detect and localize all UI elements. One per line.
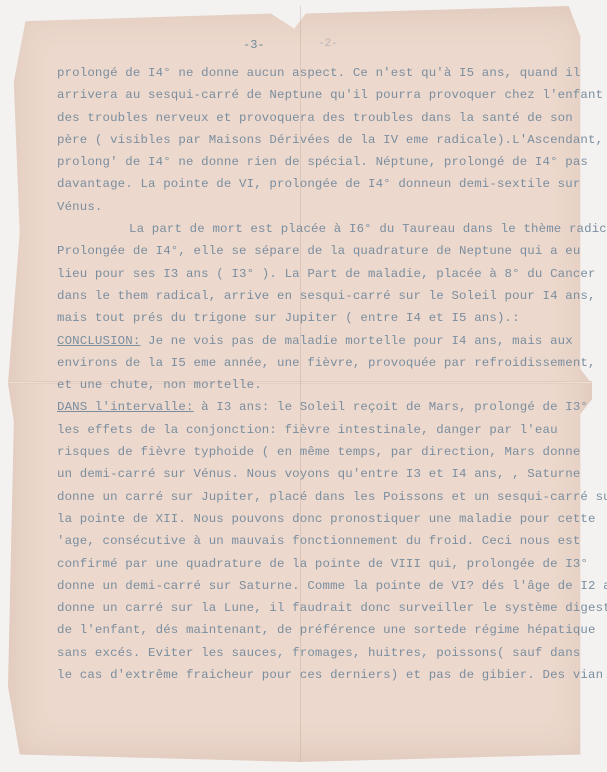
text-line: arrivera au sesqui-carré de Neptune qu'i… bbox=[57, 84, 597, 106]
page-number: -3- bbox=[243, 38, 265, 52]
text-line: donne un carré sur la Lune, il faudrait … bbox=[57, 597, 597, 619]
interval-label: DANS l'intervalle: bbox=[57, 400, 194, 414]
ghost-page-number: -2- bbox=[318, 38, 338, 50]
text-line: un demi-carré sur Vénus. Nous voyons qu'… bbox=[57, 463, 597, 485]
text-span: à I3 ans: le Soleil reçoit de Mars, prol… bbox=[194, 400, 588, 414]
text-line: Vénus. bbox=[57, 196, 597, 218]
text-line: prolong' de I4° ne donne rien de spécial… bbox=[57, 151, 597, 173]
text-line: et une chute, non mortelle. bbox=[57, 374, 597, 396]
text-line: risques de fièvre typhoide ( en même tem… bbox=[57, 441, 597, 463]
text-line: confirmé par une quadrature de la pointe… bbox=[57, 553, 597, 575]
text-line: Prolongée de I4°, elle se sépare de la q… bbox=[57, 240, 597, 262]
text-line: sans excés. Eviter les sauces, fromages,… bbox=[57, 642, 597, 664]
text-line: environs de la I5 eme année, une fièvre,… bbox=[57, 352, 597, 374]
text-line: La part de mort est placée à I6° du Taur… bbox=[57, 218, 597, 240]
interval-line: DANS l'intervalle: à I3 ans: le Soleil r… bbox=[57, 396, 597, 418]
text-line: prolongé de I4° ne donne aucun aspect. C… bbox=[57, 62, 597, 84]
text-line: donne un carré sur Jupiter, placé dans l… bbox=[57, 486, 597, 508]
text-line: donne un demi-carré sur Saturne. Comme l… bbox=[57, 575, 597, 597]
text-line: des troubles nerveux et provoquera des t… bbox=[57, 107, 597, 129]
text-line: dans le them radical, arrive en sesqui-c… bbox=[57, 285, 597, 307]
typewritten-body: prolongé de I4° ne donne aucun aspect. C… bbox=[57, 62, 597, 686]
text-line: lieu pour ses I3 ans ( I3° ). La Part de… bbox=[57, 263, 597, 285]
text-line: de l'enfant, dés maintenant, de préféren… bbox=[57, 619, 597, 641]
text-line: les effets de la conjonction: fièvre int… bbox=[57, 419, 597, 441]
text-line: 'age, consécutive à un mauvais fonctionn… bbox=[57, 530, 597, 552]
text-line: père ( visibles par Maisons Dérivées de … bbox=[57, 129, 597, 151]
conclusion-line: CONCLUSION: Je ne vois pas de maladie mo… bbox=[57, 330, 597, 352]
conclusion-label: CONCLUSION: bbox=[57, 334, 140, 348]
text-line: la pointe de XII. Nous pouvons donc pron… bbox=[57, 508, 597, 530]
text-span: Je ne vois pas de maladie mortelle pour … bbox=[140, 334, 572, 348]
text-line: davantage. La pointe de VI, prolongée de… bbox=[57, 173, 597, 195]
text-line: le cas d'extrême fraicheur pour ces dern… bbox=[57, 664, 597, 686]
text-line: mais tout prés du trigone sur Jupiter ( … bbox=[57, 307, 597, 329]
